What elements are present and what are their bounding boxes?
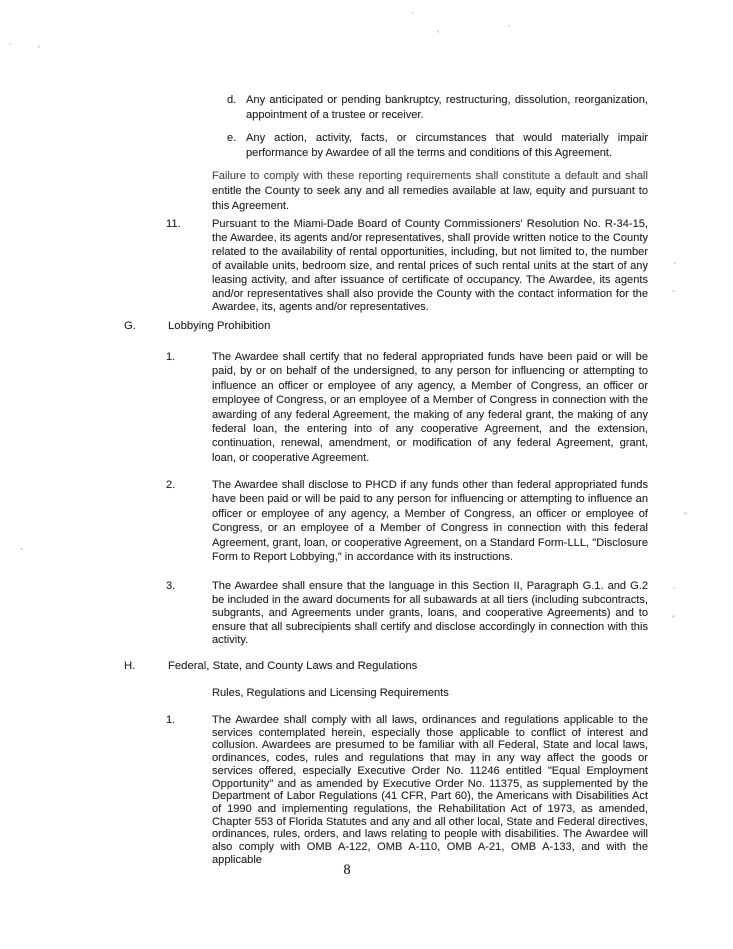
- list-item-d: d. Any anticipated or pending bankruptcy…: [227, 93, 648, 123]
- scan-speck: [412, 12, 414, 14]
- scan-speck: [20, 548, 23, 550]
- section-g-letter: G.: [124, 320, 168, 332]
- scan-speck: [508, 25, 510, 27]
- list-item-e-marker: e.: [227, 131, 246, 161]
- list-item-e: e. Any action, activity, facts, or circu…: [227, 131, 648, 161]
- scan-speck: [673, 587, 675, 589]
- section-h-title: Federal, State, and County Laws and Regu…: [168, 660, 417, 672]
- section-h-heading: H. Federal, State, and County Laws and R…: [124, 660, 648, 672]
- section-g-item-1-text: The Awardee shall certify that no federa…: [212, 350, 648, 465]
- list-item-11-marker: 11.: [166, 218, 212, 315]
- section-h-item-1-text: The Awardee shall comply with all laws, …: [212, 714, 648, 866]
- section-h-item-1: 1. The Awardee shall comply with all law…: [166, 714, 648, 866]
- list-item-11-text: Pursuant to the Miami-Dade Board of Coun…: [212, 218, 648, 315]
- section-g-item-3-marker: 3.: [166, 580, 212, 648]
- list-item-d-marker: d.: [227, 93, 246, 123]
- list-item-d-text: Any anticipated or pending bankruptcy, r…: [246, 93, 648, 123]
- section-h-letter: H.: [124, 660, 168, 672]
- section-g-item-3: 3. The Awardee shall ensure that the lan…: [166, 580, 648, 648]
- failure-paragraph: Failure to comply with these reporting r…: [212, 169, 648, 214]
- section-h-item-1-marker: 1.: [166, 714, 212, 866]
- scan-speck: [684, 512, 687, 515]
- page-number: 8: [334, 862, 360, 879]
- scan-speck: [672, 290, 675, 292]
- section-h-subheading: Rules, Regulations and Licensing Require…: [212, 687, 648, 699]
- section-g-item-1-marker: 1.: [166, 350, 212, 465]
- scan-speck: [672, 615, 675, 618]
- scan-speck: [9, 43, 11, 45]
- section-g-item-1: 1. The Awardee shall certify that no fed…: [166, 350, 648, 465]
- section-g-item-2: 2. The Awardee shall disclose to PHCD if…: [166, 478, 648, 564]
- scan-speck: [673, 262, 676, 264]
- list-item-11: 11. Pursuant to the Miami-Dade Board of …: [166, 218, 648, 315]
- section-g-title: Lobbying Prohibition: [168, 320, 270, 332]
- section-g-item-2-text: The Awardee shall disclose to PHCD if an…: [212, 478, 648, 564]
- document-page: d. Any anticipated or pending bankruptcy…: [0, 0, 733, 949]
- section-g-item-2-marker: 2.: [166, 478, 212, 564]
- section-g-heading: G. Lobbying Prohibition: [124, 320, 648, 332]
- list-item-e-text: Any action, activity, facts, or circumst…: [246, 131, 648, 161]
- scan-speck: [437, 30, 439, 33]
- scan-speck: [38, 45, 40, 48]
- section-g-item-3-text: The Awardee shall ensure that the langua…: [212, 580, 648, 648]
